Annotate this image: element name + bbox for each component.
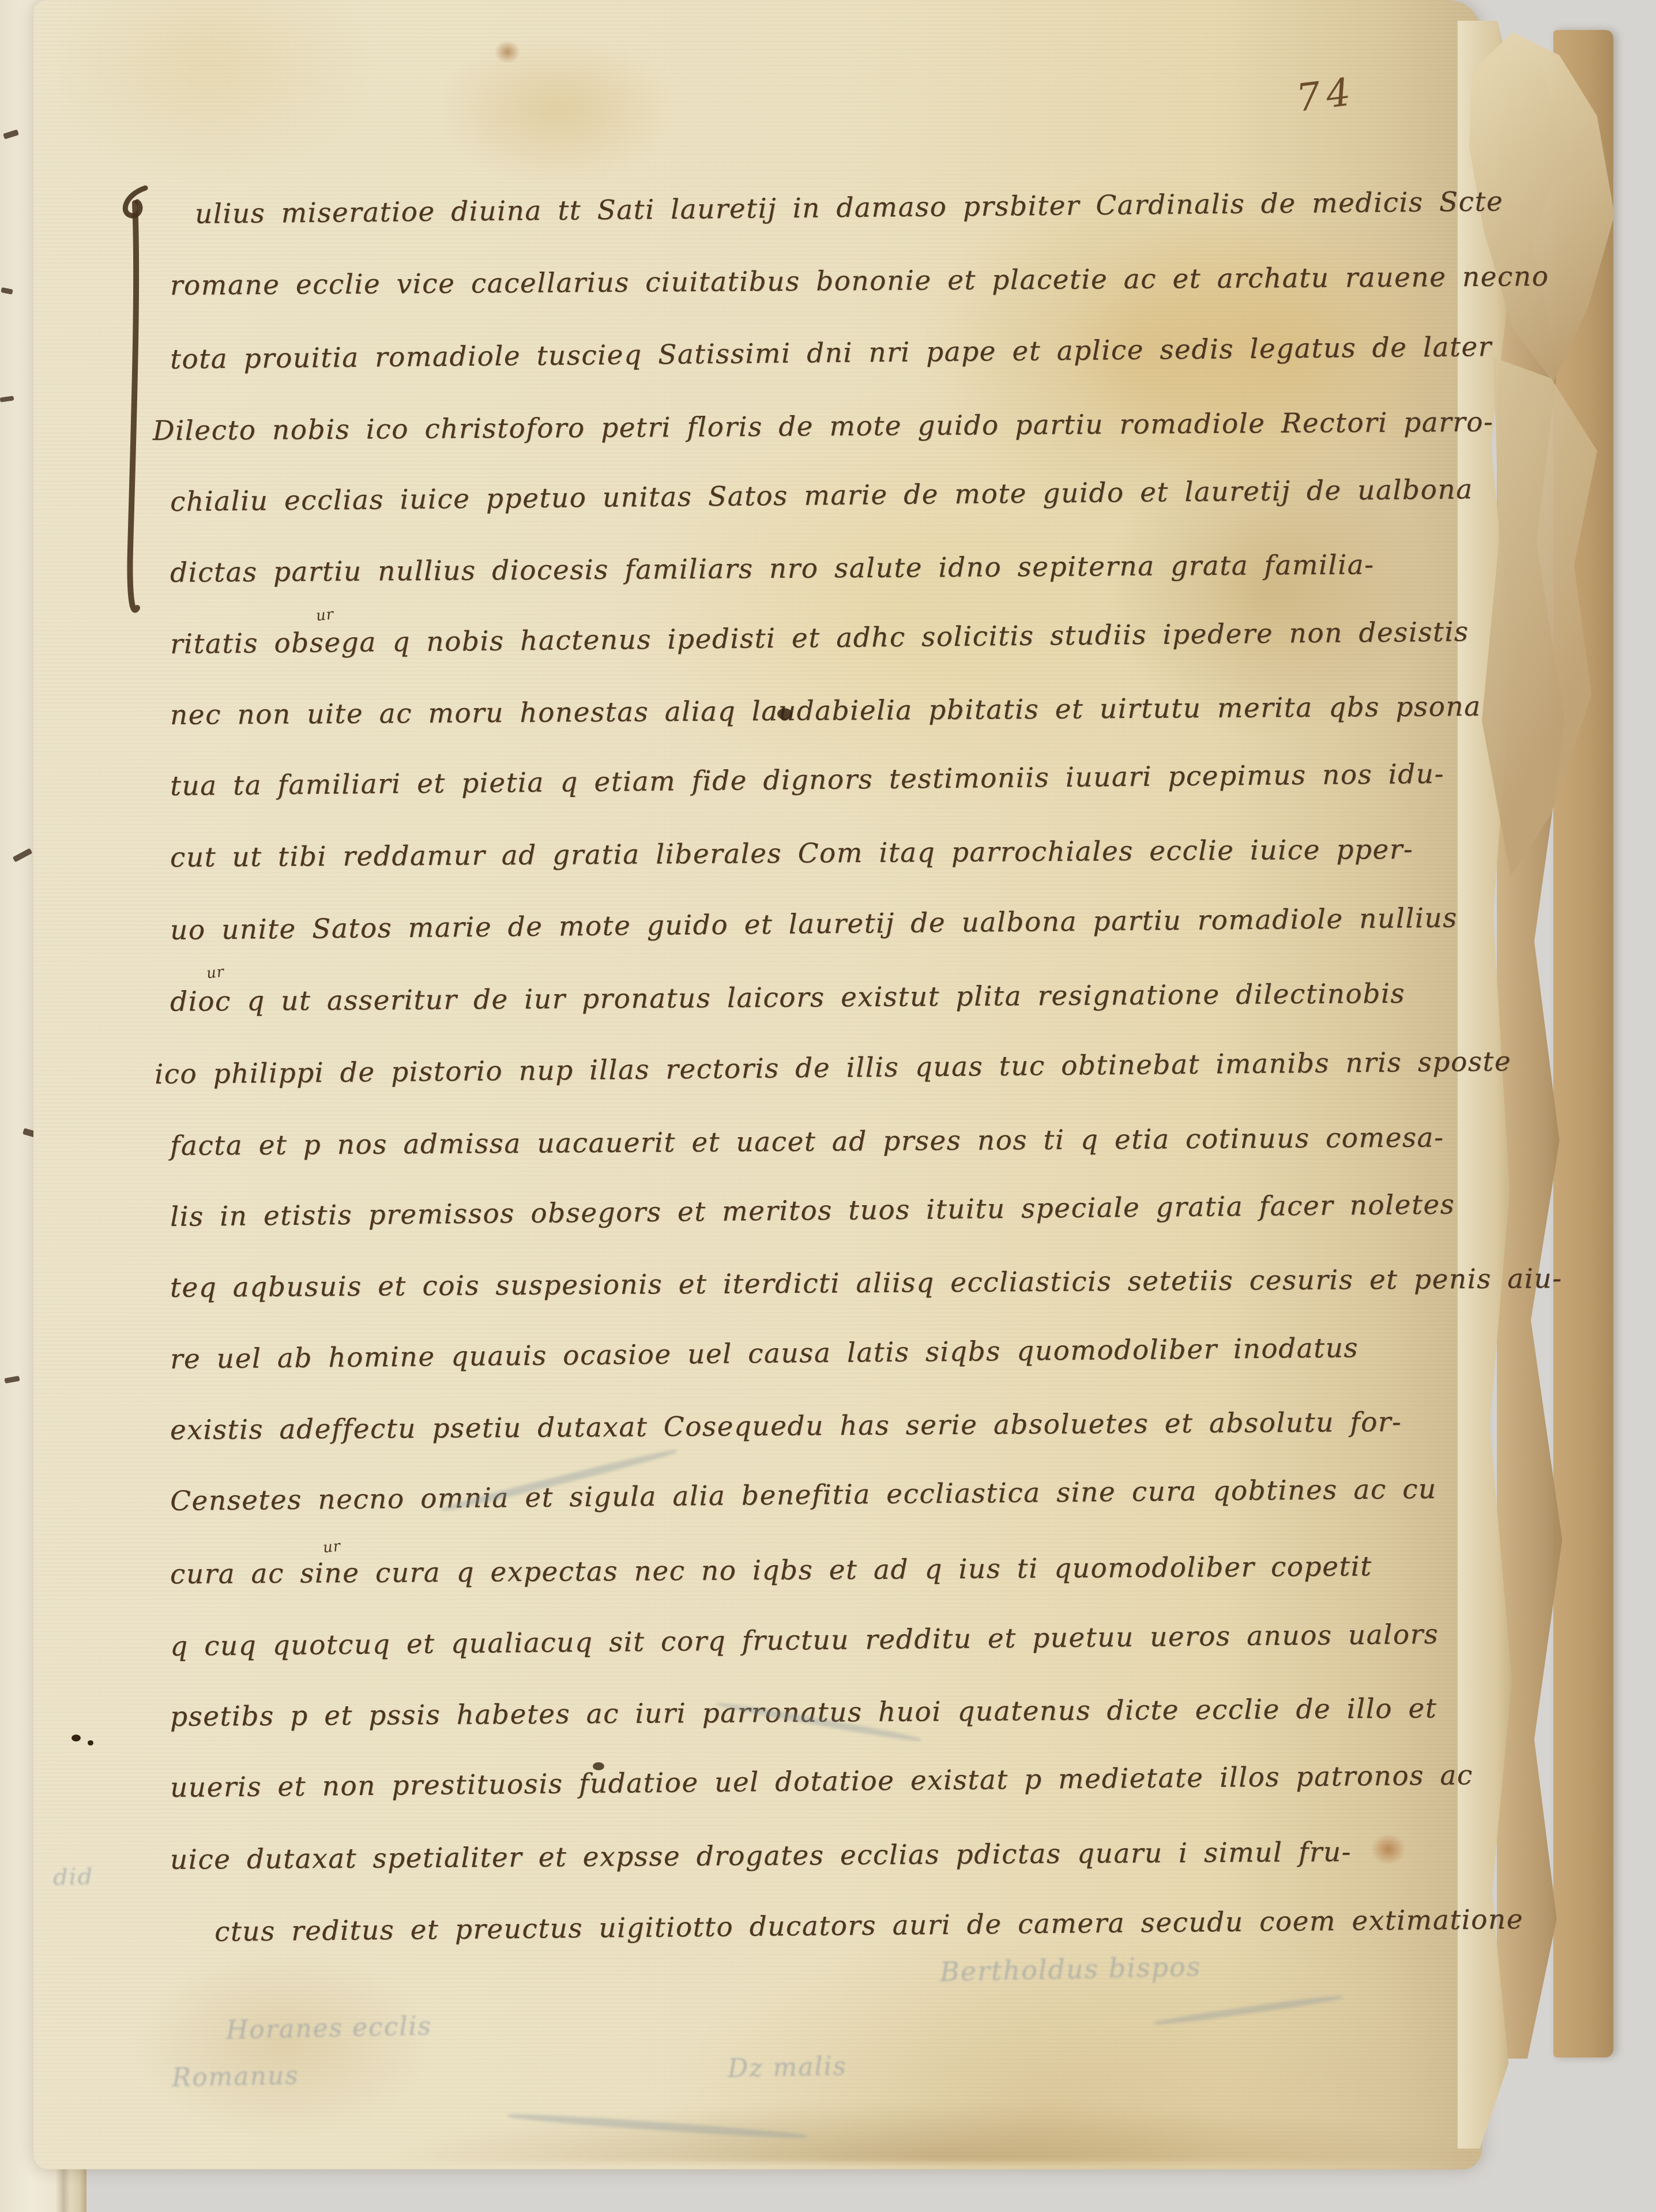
ink-speck: [88, 1740, 93, 1745]
showthrough-text: Romanus: [171, 2061, 299, 2093]
showthrough-text: did: [53, 1863, 94, 1890]
text-line: existis adeffectu psetiu dutaxat Coseque…: [170, 1409, 1402, 1444]
text-line: nec non uite ac moru honestas aliaq laud…: [170, 693, 1481, 729]
superscript-abbreviation: ur: [322, 1537, 342, 1556]
text-line: dioc q ut asseritur de iur pronatus laic…: [170, 980, 1405, 1015]
text-line: dictas partiu nullius diocesis familiars…: [170, 551, 1375, 586]
ink-blot: [777, 708, 792, 720]
text-line: facta et p nos admissa uacauerit et uace…: [170, 1124, 1444, 1160]
text-line: Dilecto nobis ico christoforo petri flor…: [153, 409, 1494, 445]
ink-speck: [71, 1735, 81, 1741]
text-line: psetibs p et pssis habetes ac iuri parro…: [170, 1695, 1437, 1731]
showthrough-text: Horanes ecclis: [226, 2011, 432, 2045]
bottom-stain: [369, 2087, 1511, 2162]
initial-letter-J: [105, 180, 168, 644]
superscript-abbreviation: ur: [315, 605, 335, 625]
manuscript-scan: 74 ulius miseratioe diuina tt Sati laure…: [0, 0, 1656, 2212]
folio-number: 74: [1294, 69, 1359, 121]
showthrough-text: Dz malis: [727, 2052, 847, 2083]
rust-spot: [1371, 1834, 1406, 1865]
rust-spot: [495, 40, 520, 63]
ink-blot: [593, 1762, 604, 1770]
superscript-abbreviation: ur: [206, 963, 225, 982]
text-line: cura ac sine cura q expectas nec no iqbs…: [170, 1553, 1372, 1588]
text-line: cut ut tibi reddamur ad gratia liberales…: [170, 836, 1413, 871]
showthrough-text: Bertholdus bispos: [939, 1951, 1201, 1987]
stain: [437, 35, 679, 185]
text-line: uice dutaxat spetialiter et expsse droga…: [170, 1838, 1352, 1874]
